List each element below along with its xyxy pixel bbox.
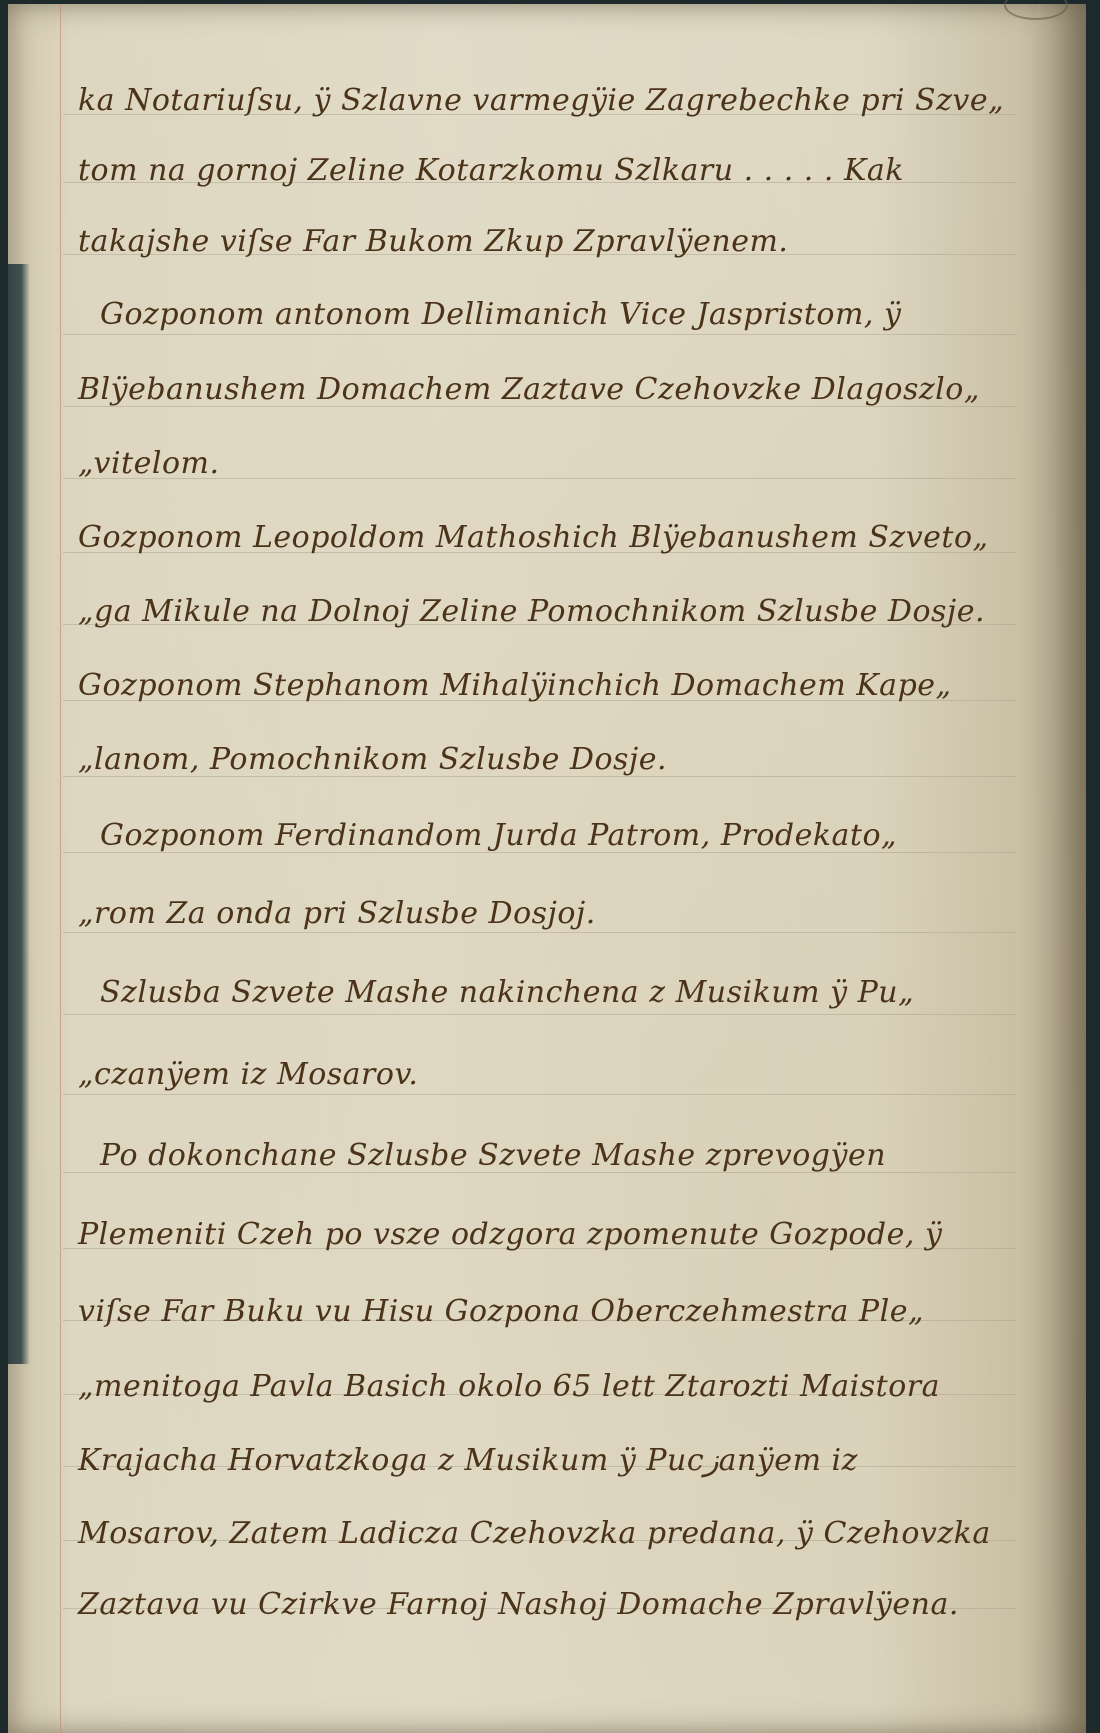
- text-line-20: Mosarov, Zatem Ladicza Czehovzka predana…: [78, 1498, 1058, 1570]
- text-line-4: Gozponom antonom Dellimanich Vice Jaspri…: [78, 278, 1058, 352]
- text-line-5: Blÿebanushem Domachem Zaztave Czehovzke …: [78, 352, 1058, 428]
- text-line-21: Zaztava vu Czirkve Farnoj Nashoj Domache…: [78, 1570, 1058, 1640]
- text-line-15: Po dokonchane Szlusbe Szvete Mashe zprev…: [78, 1116, 1058, 1196]
- text-line-17: viſse Far Buku vu Hisu Gozpona Oberczehm…: [78, 1274, 1058, 1350]
- text-line-7: Gozponom Leopoldom Mathoshich Blÿebanush…: [78, 500, 1058, 576]
- text-line-1: ka Notariuſsu, ÿ Szlavne varmegÿie Zagre…: [78, 66, 1058, 136]
- handwritten-text-block: ka Notariuſsu, ÿ Szlavne varmegÿie Zagre…: [78, 66, 1058, 1640]
- text-line-11: Gozponom Ferdinandom Jurda Patrom, Prode…: [78, 796, 1058, 876]
- ink-stamp-mark: [1004, 0, 1068, 20]
- text-line-13: Szlusba Szvete Mashe nakinchena z Musiku…: [78, 952, 1058, 1034]
- left-margin-rule: [60, 4, 61, 1733]
- text-line-8: „ga Mikule na Dolnoj Zeline Pomochnikom …: [78, 576, 1058, 648]
- text-line-9: Gozponom Stephanom Mihalÿinchich Domache…: [78, 648, 1058, 724]
- manuscript-page: ka Notariuſsu, ÿ Szlavne varmegÿie Zagre…: [8, 4, 1086, 1733]
- text-line-19: Krajacha Horvatzkoga z Musikum ÿ Pucزanÿ…: [78, 1424, 1058, 1498]
- text-line-3: takajshe viſse Far Bukom Zkup Zpravlÿene…: [78, 206, 1058, 278]
- text-line-2: tom na gornoj Zeline Kotarzkomu Szlkaru …: [78, 136, 1058, 206]
- binding-stain: [8, 264, 30, 1364]
- text-line-18: „menitoga Pavla Basich okolo 65 lett Zta…: [78, 1350, 1058, 1424]
- text-line-16: Plemeniti Czeh po vsze odzgora zpomenute…: [78, 1196, 1058, 1274]
- text-line-14: „czanÿem iz Mosarov.: [78, 1034, 1058, 1116]
- text-line-6: „vitelom.: [78, 428, 1058, 500]
- text-line-10: „lanom, Pomochnikom Szlusbe Dosje.: [78, 724, 1058, 796]
- text-line-12: „rom Za onda pri Szlusbe Dosjoj.: [78, 876, 1058, 952]
